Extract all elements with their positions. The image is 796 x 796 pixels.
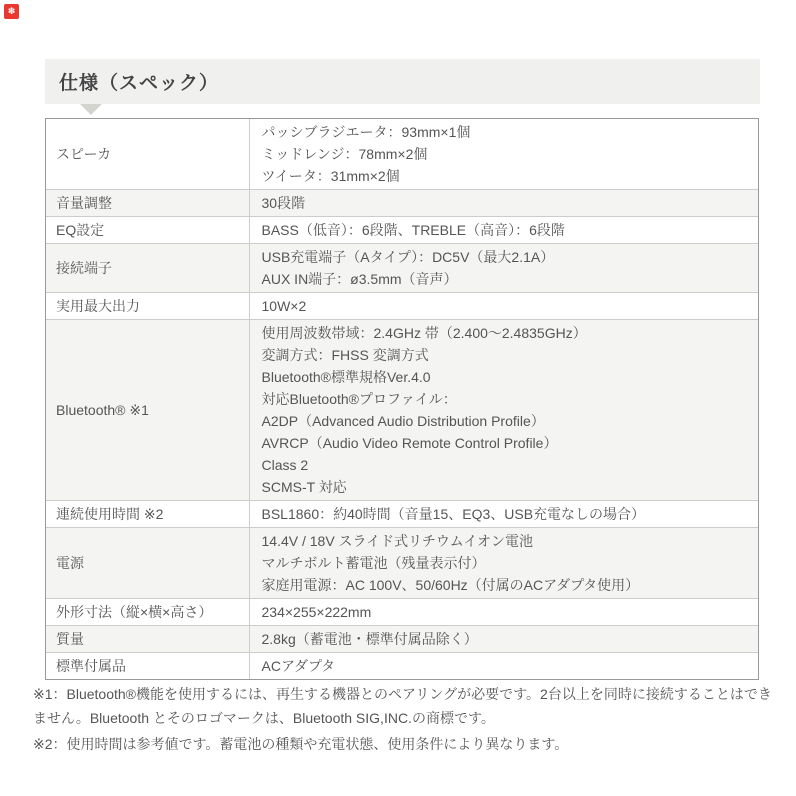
spec-label: 接続端子 — [46, 244, 249, 293]
table-row: 外形寸法（縦×横×高さ）234×255×222mm — [46, 599, 758, 626]
table-row: 実用最大出力10W×2 — [46, 293, 758, 320]
spec-value-line: 14.4V / 18V スライド式リチウムイオン電池 — [262, 530, 747, 552]
table-row: Bluetooth® ※1使用周波数帯域：2.4GHz 帯（2.400～2.48… — [46, 320, 758, 501]
section-header: 仕様（スペック） — [45, 59, 760, 104]
spec-value-line: AVRCP（Audio Video Remote Control Profile… — [262, 432, 747, 454]
spec-value: BSL1860：約40時間（音量15、EQ3、USB充電なしの場合） — [249, 501, 758, 528]
red-marker-icon: ✽ — [4, 4, 19, 19]
table-row: 質量2.8kg（蓄電池・標準付属品除く） — [46, 626, 758, 653]
table-row: 音量調整30段階 — [46, 190, 758, 217]
spec-value: BASS（低音）：6段階、TREBLE（高音）：6段階 — [249, 217, 758, 244]
spec-value-line: マルチボルト蓄電池（残量表示付） — [262, 552, 747, 574]
spec-value-line: Class 2 — [262, 454, 747, 476]
table-row: スピーカパッシブラジエータ：93mm×1個ミッドレンジ：78mm×2個ツイータ：… — [46, 119, 758, 190]
spec-value: 10W×2 — [249, 293, 758, 320]
footnote-2: ※2：使用時間は参考値です。蓄電池の種類や充電状態、使用条件により異なります。 — [33, 732, 775, 756]
spec-value: 使用周波数帯域：2.4GHz 帯（2.400～2.4835GHz）変調方式：FH… — [249, 320, 758, 501]
spec-label: 質量 — [46, 626, 249, 653]
spec-value: 234×255×222mm — [249, 599, 758, 626]
spec-value: USB充電端子（Aタイプ）：DC5V（最大2.1A）AUX IN端子：ø3.5m… — [249, 244, 758, 293]
spec-label: 音量調整 — [46, 190, 249, 217]
spec-value-line: ACアダプタ — [262, 655, 747, 677]
spec-value-line: 10W×2 — [262, 295, 747, 317]
spec-value: 30段階 — [249, 190, 758, 217]
spec-value-line: 30段階 — [262, 192, 747, 214]
spec-label: 外形寸法（縦×横×高さ） — [46, 599, 249, 626]
spec-value: ACアダプタ — [249, 653, 758, 680]
spec-label: 電源 — [46, 528, 249, 599]
spec-label: 実用最大出力 — [46, 293, 249, 320]
spec-value-line: 変調方式：FHSS 変調方式 — [262, 344, 747, 366]
spec-value-line: BSL1860：約40時間（音量15、EQ3、USB充電なしの場合） — [262, 503, 747, 525]
spec-value-line: 対応Bluetooth®プロファイル： — [262, 388, 747, 410]
spec-value: 2.8kg（蓄電池・標準付属品除く） — [249, 626, 758, 653]
table-row: 電源14.4V / 18V スライド式リチウムイオン電池マルチボルト蓄電池（残量… — [46, 528, 758, 599]
table-row: 接続端子USB充電端子（Aタイプ）：DC5V（最大2.1A）AUX IN端子：ø… — [46, 244, 758, 293]
spec-table-container: スピーカパッシブラジエータ：93mm×1個ミッドレンジ：78mm×2個ツイータ：… — [45, 118, 759, 680]
spec-label: EQ設定 — [46, 217, 249, 244]
spec-value-line: AUX IN端子：ø3.5mm（音声） — [262, 268, 747, 290]
spec-label: 連続使用時間 ※2 — [46, 501, 249, 528]
spec-label: 標準付属品 — [46, 653, 249, 680]
spec-value-line: ミッドレンジ：78mm×2個 — [262, 143, 747, 165]
spec-table: スピーカパッシブラジエータ：93mm×1個ミッドレンジ：78mm×2個ツイータ：… — [46, 119, 758, 679]
spec-value-line: パッシブラジエータ：93mm×1個 — [262, 121, 747, 143]
spec-label: Bluetooth® ※1 — [46, 320, 249, 501]
spec-value-line: 2.8kg（蓄電池・標準付属品除く） — [262, 628, 747, 650]
spec-value-line: A2DP（Advanced Audio Distribution Profile… — [262, 410, 747, 432]
spec-value-line: BASS（低音）：6段階、TREBLE（高音）：6段階 — [262, 219, 747, 241]
header-pointer-triangle — [80, 104, 102, 115]
spec-value: 14.4V / 18V スライド式リチウムイオン電池マルチボルト蓄電池（残量表示… — [249, 528, 758, 599]
spec-value: パッシブラジエータ：93mm×1個ミッドレンジ：78mm×2個ツイータ：31mm… — [249, 119, 758, 190]
table-row: 標準付属品ACアダプタ — [46, 653, 758, 680]
spec-value-line: 234×255×222mm — [262, 601, 747, 623]
footnote-1: ※1：Bluetooth®機能を使用するには、再生する機器とのペアリングが必要で… — [33, 682, 775, 730]
spec-page: ✽ 仕様（スペック） スピーカパッシブラジエータ：93mm×1個ミッドレンジ：7… — [0, 0, 796, 796]
table-row: 連続使用時間 ※2BSL1860：約40時間（音量15、EQ3、USB充電なしの… — [46, 501, 758, 528]
spec-value-line: 家庭用電源：AC 100V、50/60Hz（付属のACアダプタ使用） — [262, 574, 747, 596]
spec-value-line: ツイータ：31mm×2個 — [262, 165, 747, 187]
section-title: 仕様（スペック） — [45, 68, 219, 95]
spec-label: スピーカ — [46, 119, 249, 190]
spec-value-line: SCMS-T 対応 — [262, 476, 747, 498]
spec-value-line: 使用周波数帯域：2.4GHz 帯（2.400～2.4835GHz） — [262, 322, 747, 344]
table-row: EQ設定BASS（低音）：6段階、TREBLE（高音）：6段階 — [46, 217, 758, 244]
spec-value-line: USB充電端子（Aタイプ）：DC5V（最大2.1A） — [262, 246, 747, 268]
spec-value-line: Bluetooth®標準規格Ver.4.0 — [262, 366, 747, 388]
footnotes: ※1：Bluetooth®機能を使用するには、再生する機器とのペアリングが必要で… — [33, 682, 775, 758]
